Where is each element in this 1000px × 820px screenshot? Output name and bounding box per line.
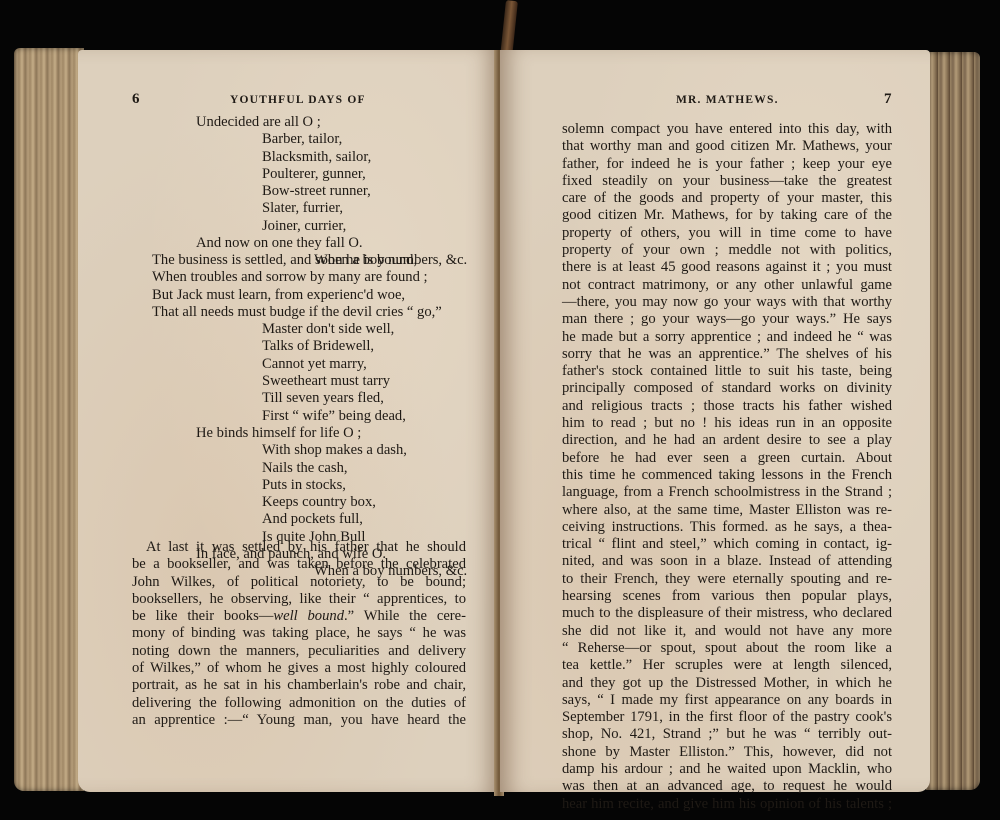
text-line: delivering the following admonition on t… (132, 695, 466, 712)
page-number-right: 7 (884, 91, 892, 108)
verse-line: Blacksmith, sailor, (152, 149, 472, 166)
text-line: —there, you may now go your ways with th… (562, 294, 892, 311)
text-line: ceiving instructions. This formed. as he… (562, 519, 892, 536)
verse-line: Barber, tailor, (152, 131, 472, 148)
verse-line: Keeps country box, (152, 494, 482, 511)
text-line: to their French, they were eternally spo… (562, 571, 892, 588)
open-book: 6 YOUTHFUL DAYS OF Undecided are all O ;… (0, 0, 1000, 820)
text-line: and religious tracts ; those tracts his … (562, 398, 892, 415)
text-line: shop, No. 421, Strand ;” but he was “ te… (562, 726, 892, 743)
verse-line: Bow-street runner, (152, 183, 472, 200)
text-line: tea kettle.” Her scruples were at length… (562, 657, 892, 674)
verse-line: And now on one they fall O. (152, 235, 472, 252)
text-line: solemn compact you have entered into thi… (562, 121, 892, 138)
text-line: September 1791, in the first floor of th… (562, 709, 892, 726)
text-line: language, from a French schoolmistress i… (562, 484, 892, 501)
text-line: nited, and was soon in a blaze. Instead … (562, 553, 892, 570)
text-line: that worthy man and good citizen Mr. Mat… (562, 138, 892, 155)
verse-stanza-2: The business is settled, and soon he is … (152, 252, 482, 581)
text-line: was then at an advanced age, to request … (562, 778, 892, 795)
text-line: good citizen Mr. Mathews, for by taking … (562, 207, 892, 224)
verse-line: And pockets full, (152, 511, 482, 528)
verse-line: Sweetheart must tarry (152, 373, 482, 390)
text-line: be a bookseller, and was taken before th… (132, 556, 466, 573)
text-line: property of others, you will in time com… (562, 225, 892, 242)
text-line: “ Reherse—or spout, spout about the room… (562, 640, 892, 657)
verse-line: Slater, furrier, (152, 200, 472, 217)
verse-line: Undecided are all O ; (152, 114, 472, 131)
verse-line: Puts in stocks, (152, 477, 482, 494)
verse-stanza-1: Undecided are all O ;Barber, tailor,Blac… (152, 114, 472, 270)
verse-line: But Jack must learn, from experienc'd wo… (152, 287, 482, 304)
text-line: there is at least 45 good reasons agains… (562, 259, 892, 276)
verse-line: Nails the cash, (152, 460, 482, 477)
text-line: trical “ flint and steel,” which coming … (562, 536, 892, 553)
verse-line: Master don't side well, (152, 321, 482, 338)
text-line: fixed steadily on your business—take the… (562, 173, 892, 190)
text-line: At last it was settled by his father tha… (132, 539, 466, 556)
text-line: damp his ardour ; and he waited upon Mac… (562, 761, 892, 778)
verse-line: The business is settled, and soon he is … (152, 252, 482, 269)
verse-line: That all needs must budge if the devil c… (152, 304, 482, 321)
text-line: property of your own ; meddle not with p… (562, 242, 892, 259)
text-line: sorry that he was an apprentice.” The sh… (562, 346, 892, 363)
text-line: he made but a sorry apprentice ; and ind… (562, 329, 892, 346)
text-line: of Wilkes,” of whom he gives a most high… (132, 660, 466, 677)
verse-line: Cannot yet marry, (152, 356, 482, 373)
right-page: MR. MATHEWS. 7 solemn compact you have e… (500, 50, 930, 792)
text-line: hear him recite, and give him his opinio… (562, 796, 892, 813)
text-line: John Wilkes, of political notoriety, to … (132, 574, 466, 591)
text-line: where also, at the same time, Master Ell… (562, 502, 892, 519)
text-line: principally composed of standard works o… (562, 380, 892, 397)
text-line: mony of binding was taking place, he say… (132, 625, 466, 642)
text-line: him to read ; but no ! his ideas run in … (562, 415, 892, 432)
text-line: before he had ever seen a green curtain.… (562, 450, 892, 467)
text-line: says, “ I made my first appearance on an… (562, 692, 892, 709)
verse-line: Poulterer, gunner, (152, 166, 472, 183)
prose-left: At last it was settled by his father tha… (132, 539, 466, 729)
verse-line: Talks of Bridewell, (152, 338, 482, 355)
text-line: be like their books—well bound.” While t… (132, 608, 466, 625)
left-page-edges (14, 48, 84, 791)
prose-right: solemn compact you have entered into thi… (562, 121, 892, 813)
verse-line: Till seven years fled, (152, 390, 482, 407)
text-line: she did not like it, and would not have … (562, 623, 892, 640)
text-line: not contract matrimony, or any other unl… (562, 277, 892, 294)
text-line: shone by Master Elliston.” This, however… (562, 744, 892, 761)
text-line: this time he commenced taking lessons in… (562, 467, 892, 484)
verse-line: With shop makes a dash, (152, 442, 482, 459)
running-head-left: YOUTHFUL DAYS OF (230, 94, 366, 106)
verse-line: He binds himself for life O ; (152, 425, 482, 442)
text-line: hearsing scenes from various then popula… (562, 588, 892, 605)
page-number-left: 6 (132, 91, 140, 108)
left-page: 6 YOUTHFUL DAYS OF Undecided are all O ;… (78, 50, 498, 792)
text-line: care of the goods and property of your m… (562, 190, 892, 207)
text-line: father's stock contained little to suit … (562, 363, 892, 380)
text-line: much to the displeasure of their mistres… (562, 605, 892, 622)
verse-line: When troubles and sorrow by many are fou… (152, 269, 482, 286)
running-head-right: MR. MATHEWS. (676, 94, 779, 106)
verse-line: First “ wife” being dead, (152, 408, 482, 425)
text-line: man there ; go your ways—go your ways.” … (562, 311, 892, 328)
verse-line: Joiner, currier, (152, 218, 472, 235)
text-line: direction, and he had an ardent desire t… (562, 432, 892, 449)
text-line: booksellers, he observing, like their “ … (132, 591, 466, 608)
text-line: and they got up the Distressed Mother, i… (562, 675, 892, 692)
text-line: an apprentice :—“ Young man, you have he… (132, 712, 466, 729)
right-page-edges (926, 52, 980, 790)
text-line: portrait, as he sat in his chamberlain's… (132, 677, 466, 694)
text-line: noting down the manners, peculiarities a… (132, 643, 466, 660)
text-line: father, for indeed he is your father ; k… (562, 156, 892, 173)
